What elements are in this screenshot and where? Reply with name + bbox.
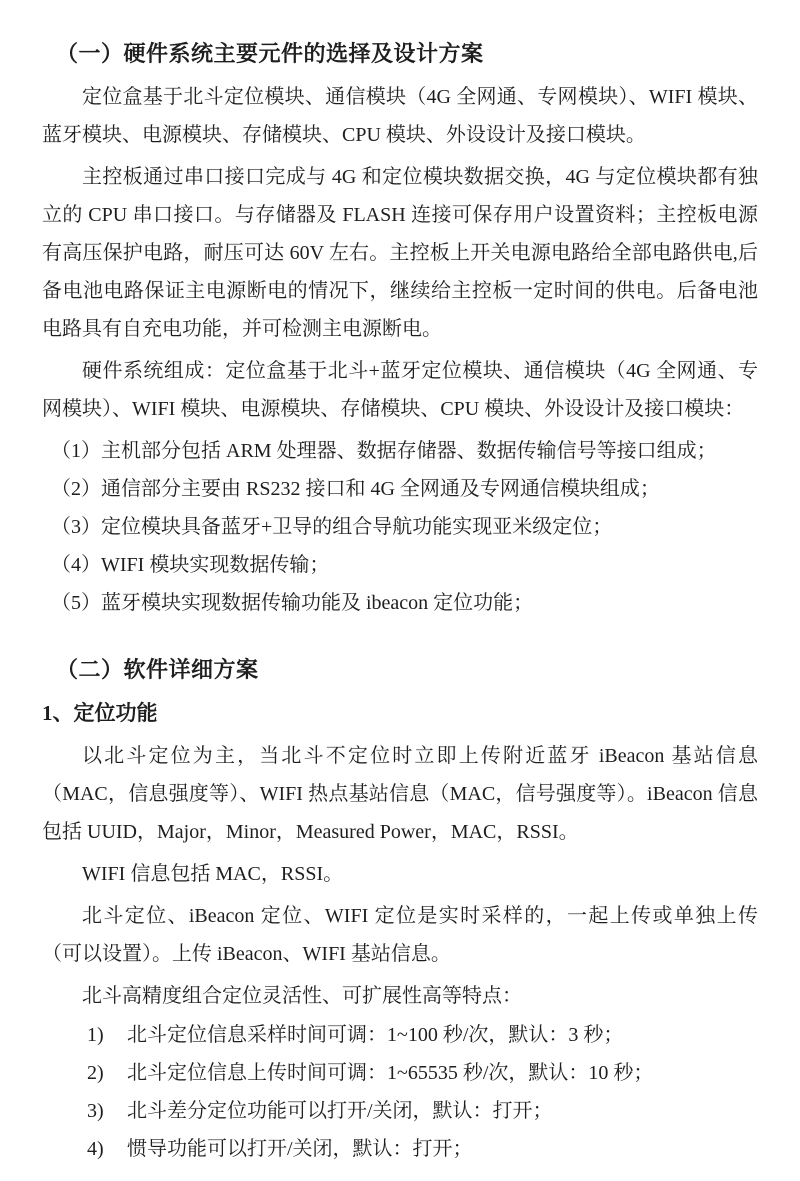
- feature-list-text-4: 惯导功能可以打开/关闭，默认：打开；: [127, 1130, 758, 1168]
- feature-list-text-3: 北斗差分定位功能可以打开/关闭，默认：打开；: [127, 1092, 758, 1130]
- section2-paragraph-2: WIFI 信息包括 MAC，RSSI。: [42, 855, 758, 893]
- hardware-item-3: （3）定位模块具备蓝牙+卫导的组合导航功能实现亚米级定位；: [42, 508, 758, 546]
- feature-list-text-1: 北斗定位信息采样时间可调：1~100 秒/次，默认：3 秒；: [127, 1016, 758, 1054]
- hardware-item-5: （5）蓝牙模块实现数据传输功能及 ibeacon 定位功能；: [42, 584, 758, 622]
- feature-list-text-2: 北斗定位信息上传时间可调：1~65535 秒/次，默认：10 秒；: [127, 1054, 758, 1092]
- section1-heading: （一）硬件系统主要元件的选择及设计方案: [42, 34, 758, 74]
- section2-paragraph-4: 北斗高精度组合定位灵活性、可扩展性高等特点：: [42, 977, 758, 1015]
- hardware-item-1: （1）主机部分包括 ARM 处理器、数据存储器、数据传输信号等接口组成；: [42, 432, 758, 470]
- feature-list-number-3: 3): [87, 1092, 127, 1130]
- feature-list-item-3: 3) 北斗差分定位功能可以打开/关闭，默认：打开；: [87, 1092, 758, 1130]
- document-page: （一）硬件系统主要元件的选择及设计方案 定位盒基于北斗定位模块、通信模块（4G …: [0, 0, 800, 1181]
- feature-list-item-4: 4) 惯导功能可以打开/关闭，默认：打开；: [87, 1130, 758, 1168]
- section2-heading: （二）软件详细方案: [42, 650, 758, 690]
- hardware-component-list: （1）主机部分包括 ARM 处理器、数据存储器、数据传输信号等接口组成； （2）…: [42, 432, 758, 622]
- hardware-item-4: （4）WIFI 模块实现数据传输；: [42, 546, 758, 584]
- section1-paragraph-1: 定位盒基于北斗定位模块、通信模块（4G 全网通、专网模块）、WIFI 模块、蓝牙…: [42, 78, 758, 154]
- feature-list-item-1: 1) 北斗定位信息采样时间可调：1~100 秒/次，默认：3 秒；: [87, 1016, 758, 1054]
- feature-list-item-2: 2) 北斗定位信息上传时间可调：1~65535 秒/次，默认：10 秒；: [87, 1054, 758, 1092]
- feature-list: 1) 北斗定位信息采样时间可调：1~100 秒/次，默认：3 秒； 2) 北斗定…: [42, 1016, 758, 1168]
- section1-paragraph-3: 硬件系统组成：定位盒基于北斗+蓝牙定位模块、通信模块（4G 全网通、专网模块）、…: [42, 352, 758, 428]
- section2-paragraph-3: 北斗定位、iBeacon 定位、WIFI 定位是实时采样的，一起上传或单独上传（…: [42, 897, 758, 973]
- feature-list-number-1: 1): [87, 1016, 127, 1054]
- feature-list-number-2: 2): [87, 1054, 127, 1092]
- feature-list-number-4: 4): [87, 1130, 127, 1168]
- hardware-item-2: （2）通信部分主要由 RS232 接口和 4G 全网通及专网通信模块组成；: [42, 470, 758, 508]
- subsection-heading-positioning: 1、定位功能: [42, 693, 758, 733]
- section2-paragraph-1: 以北斗定位为主，当北斗不定位时立即上传附近蓝牙 iBeacon 基站信息（MAC…: [42, 737, 758, 851]
- section1-paragraph-2: 主控板通过串口接口完成与 4G 和定位模块数据交换，4G 与定位模块都有独立的 …: [42, 158, 758, 348]
